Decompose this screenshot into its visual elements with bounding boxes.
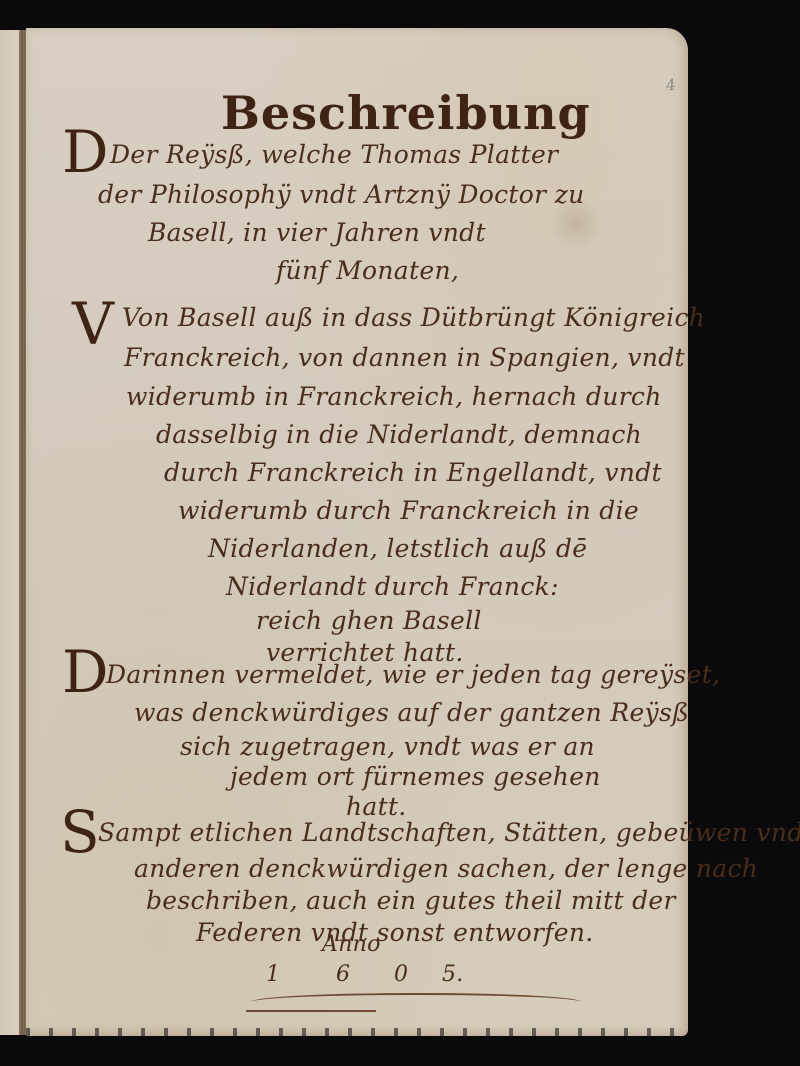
- initial-capital-d: D: [62, 118, 109, 186]
- text-line: hatt.: [346, 792, 407, 821]
- text-line: Von Basell auß in dass Dütbrüngt Königre…: [122, 303, 705, 332]
- year-digit: 0: [394, 962, 408, 987]
- text-line: fünf Monaten,: [276, 256, 459, 285]
- initial-capital-v: V: [72, 290, 114, 358]
- text-line: Federen vndt sonst entworfen.: [196, 918, 594, 947]
- initial-capital-s: S: [60, 798, 100, 866]
- text-line: reich ghen Basell: [256, 606, 482, 635]
- text-line: durch Franckreich in Engellandt, vndt: [164, 458, 662, 487]
- page-title: Beschreibung: [221, 86, 591, 140]
- text-line: beschriben, auch ein gutes theil mitt de…: [146, 886, 676, 915]
- year-digit: 5.: [442, 962, 464, 987]
- initial-capital-d: D: [62, 638, 109, 706]
- text-line: jedem ort fürnemes gesehen: [230, 762, 601, 791]
- text-line: widerumb durch Franckreich in die: [178, 496, 639, 525]
- text-line: Basell, in vier Jahren vndt: [148, 218, 486, 247]
- text-line: anderen denckwürdigen sachen, der lenge …: [134, 854, 758, 883]
- torn-bottom-edge: [26, 1028, 688, 1038]
- text-line: widerumb in Franckreich, hernach durch: [126, 382, 662, 411]
- manuscript-folio: 4 Beschreibung D Der Reÿsß, welche Thoma…: [26, 28, 688, 1036]
- text-line: Darinnen vermeldet, wie er jeden tag ger…: [106, 660, 720, 689]
- text-line: Sampt etlichen Landtschaften, Stätten, g…: [98, 818, 800, 847]
- year-digit: 1: [266, 962, 280, 987]
- text-line: Der Reÿsß, welche Thomas Platter: [110, 140, 558, 169]
- text-line: sich zugetragen, vndt was er an: [180, 732, 595, 761]
- text-line: Franckreich, von dannen in Spangien, vnd…: [124, 343, 685, 372]
- year-digit: 6: [336, 962, 350, 987]
- folio-number: 4: [665, 75, 677, 94]
- text-line: dasselbig in die Niderlandt, demnach: [156, 420, 642, 449]
- text-line: Niderlandt durch Franck:: [226, 572, 559, 601]
- text-line: Niderlanden, letstlich auß dē: [208, 534, 587, 563]
- text-line: was denckwürdiges auf der gantzen Reÿsß: [134, 698, 689, 727]
- decorative-flourish-tail: [246, 1010, 376, 1012]
- anno-label: Anno: [322, 932, 381, 957]
- binding-gutter: [19, 30, 26, 1035]
- text-line: der Philosophÿ vndt Artznÿ Doctor zu: [98, 180, 585, 209]
